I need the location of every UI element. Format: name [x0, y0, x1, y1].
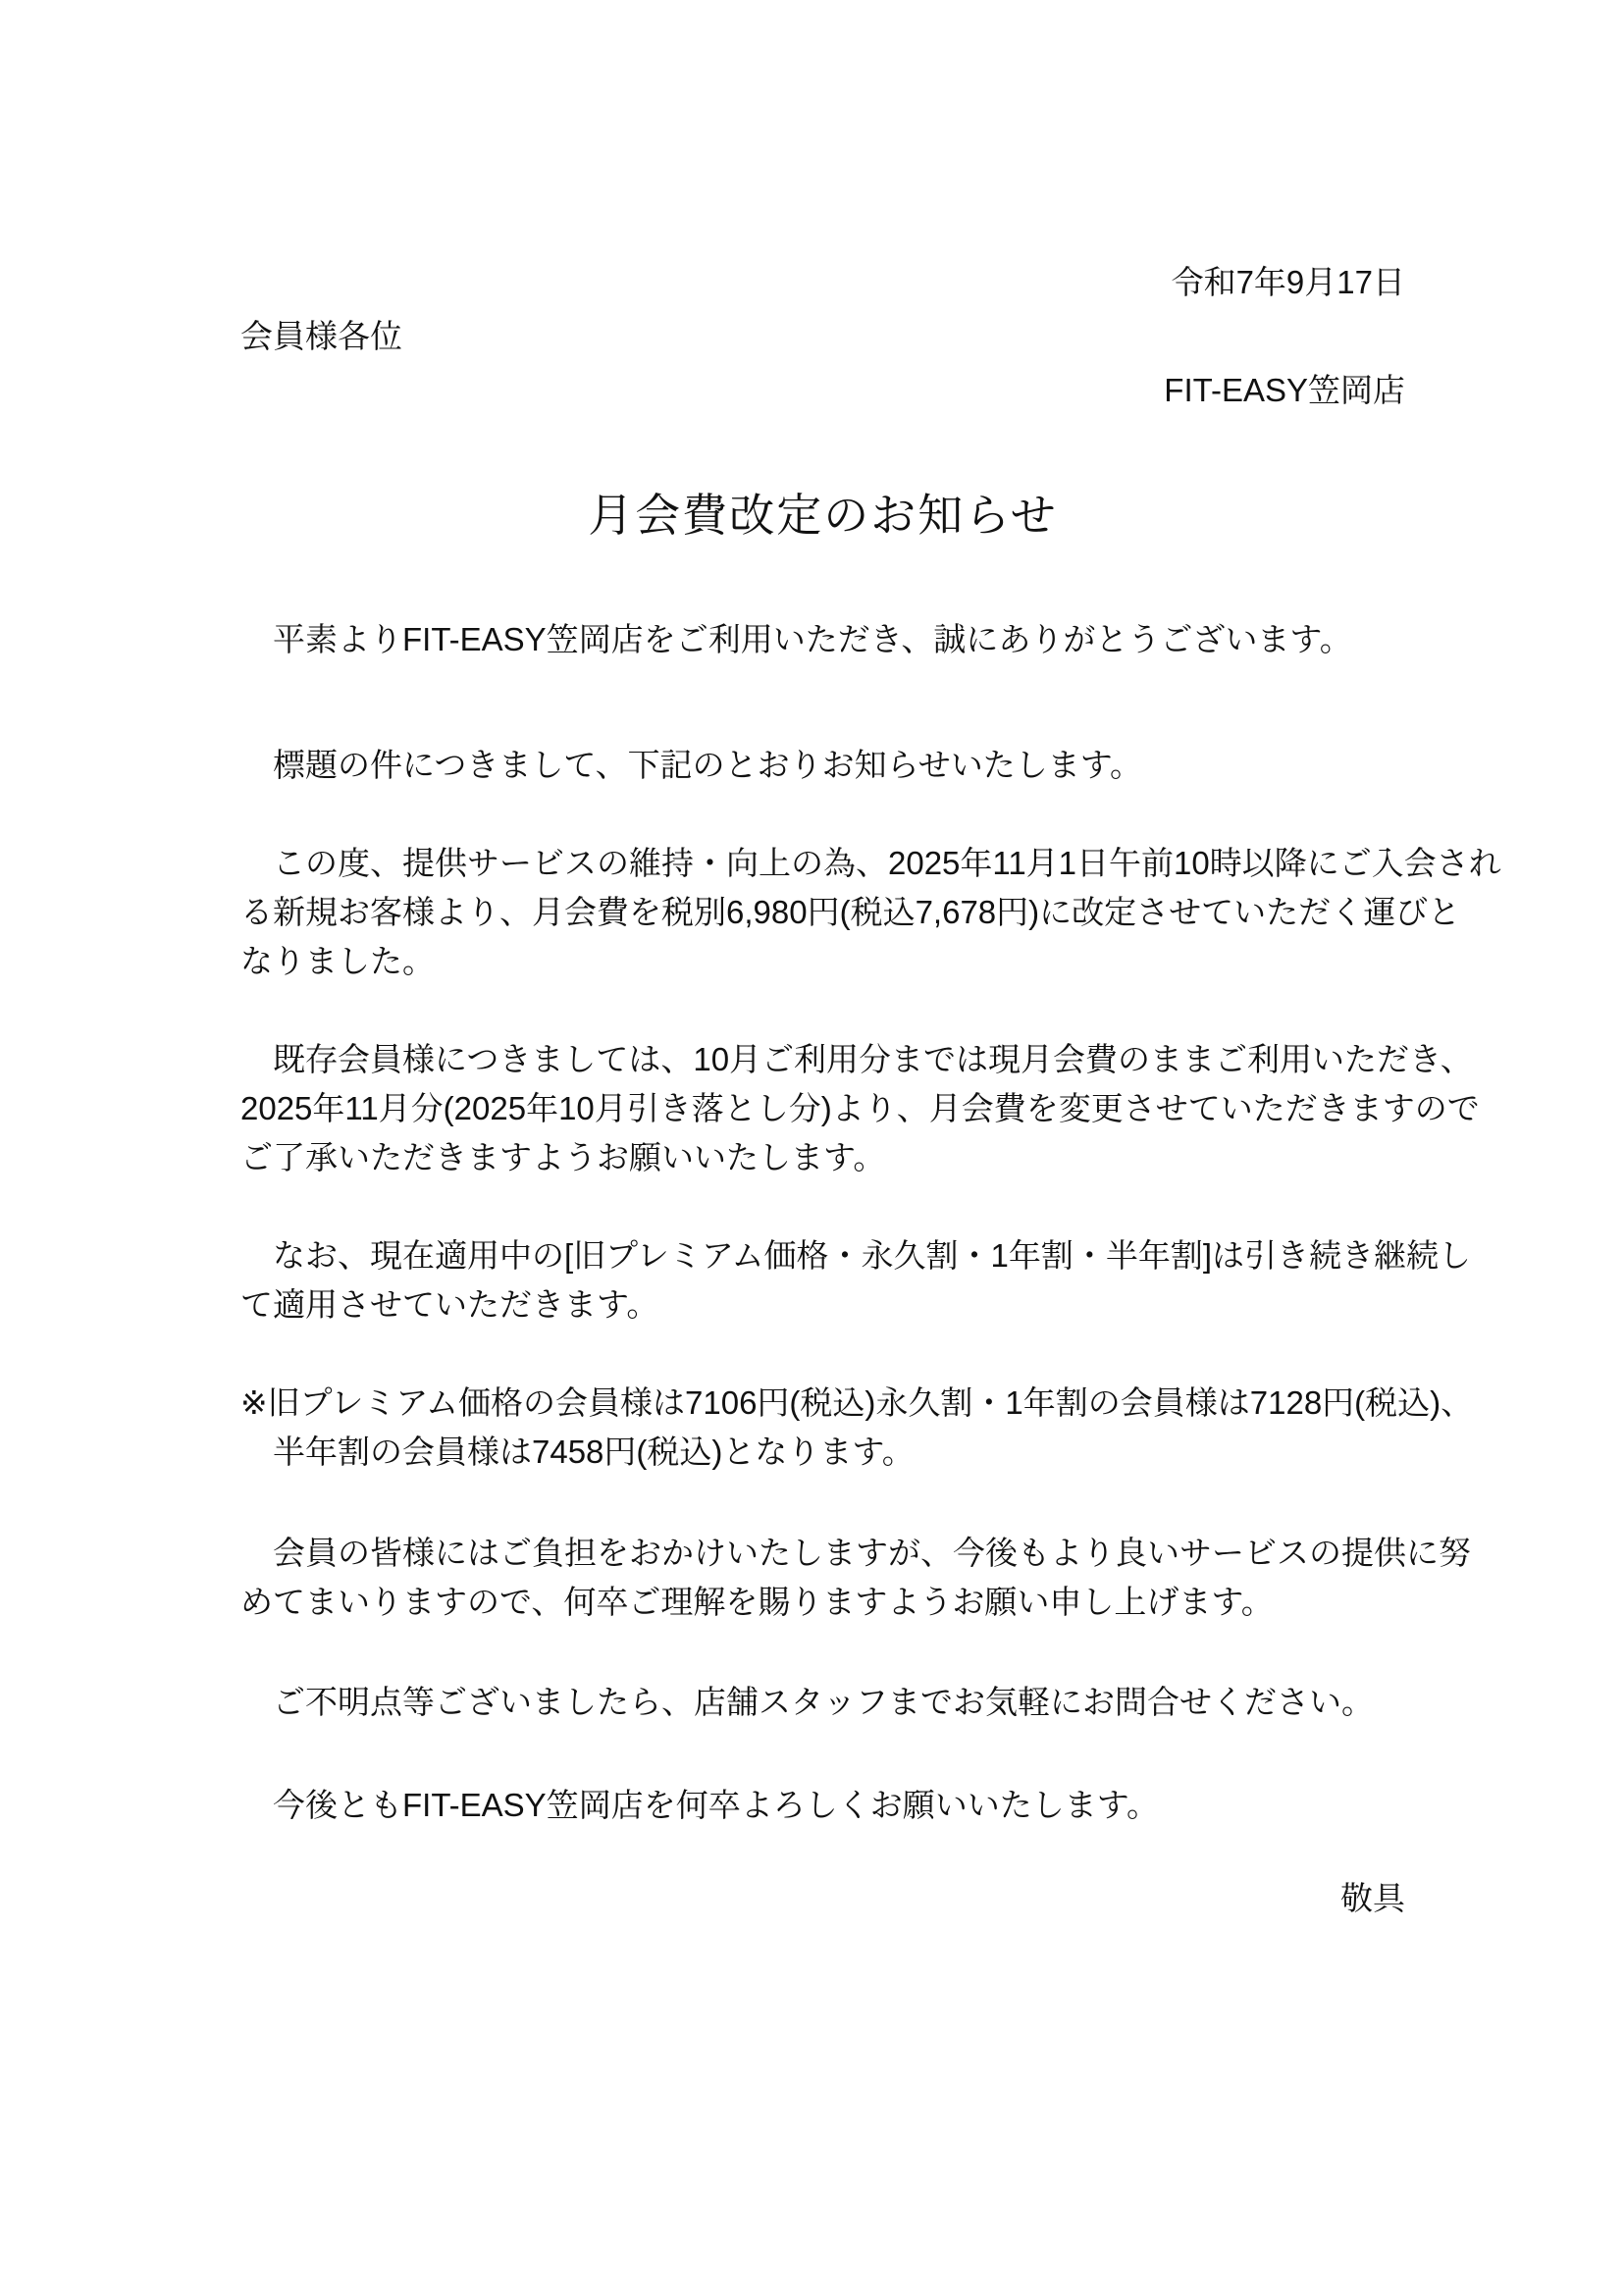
body-paragraph: この度、提供サービスの維持・向上の為、2025年11月1日午前10時以降にご入会… — [240, 839, 1405, 986]
paragraph-line: ご了承いただきますようお願いいたします。 — [240, 1133, 1405, 1182]
body-paragraph: 平素よりFIT-EASY笠岡店をご利用いただき、誠にありがとうございます。 — [240, 615, 1405, 664]
paragraph-line: 標題の件につきまして、下記のとおりお知らせいたします。 — [240, 741, 1405, 790]
paragraph-line: なりました。 — [240, 937, 1405, 986]
recipient-line: 会員様各位 — [240, 309, 1405, 363]
document-content: 令和7年9月17日 会員様各位 FIT-EASY笠岡店 月会費改定のお知らせ 平… — [0, 0, 1624, 2295]
document-page: 令和7年9月17日 会員様各位 FIT-EASY笠岡店 月会費改定のお知らせ 平… — [0, 0, 1624, 2295]
paragraph-line: て適用させていただきます。 — [240, 1280, 1405, 1330]
paragraph-line: 会員の皆様にはご負担をおかけいたしますが、今後もより良いサービスの提供に努 — [240, 1529, 1405, 1578]
body-paragraph: 会員の皆様にはご負担をおかけいたしますが、今後もより良いサービスの提供に努 めて… — [240, 1529, 1405, 1627]
paragraph-line: 今後ともFIT-EASY笠岡店を何卒よろしくお願いいたします。 — [240, 1781, 1405, 1830]
paragraph-line: この度、提供サービスの維持・向上の為、2025年11月1日午前10時以降にご入会… — [240, 839, 1405, 888]
body-paragraph: 既存会員様につきましては、10月ご利用分までは現月会費のままご利用いただき、 2… — [240, 1035, 1405, 1182]
body-paragraph: ご不明点等ございましたら、店舗スタッフまでお気軽にお問合せください。 — [240, 1678, 1405, 1727]
body-paragraph-note: ※旧プレミアム価格の会員様は7106円(税込)永久割・1年割の会員様は7128円… — [240, 1379, 1405, 1477]
closing-line: 敬具 — [240, 1874, 1405, 1923]
paragraph-line: 半年割の会員様は7458円(税込)となります。 — [240, 1428, 1405, 1477]
paragraph-line: ※旧プレミアム価格の会員様は7106円(税込)永久割・1年割の会員様は7128円… — [240, 1379, 1405, 1428]
paragraph-line: 既存会員様につきましては、10月ご利用分までは現月会費のままご利用いただき、 — [240, 1035, 1405, 1084]
paragraph-line: めてまいりますので、何卒ご理解を賜りますようお願い申し上げます。 — [240, 1578, 1405, 1627]
body-paragraph: 標題の件につきまして、下記のとおりお知らせいたします。 — [240, 741, 1405, 790]
paragraph-line: る新規お客様より、月会費を税別6,980円(税込7,678円)に改定させていただ… — [240, 888, 1405, 937]
document-title: 月会費改定のお知らせ — [240, 486, 1405, 545]
paragraph-line: ご不明点等ございましたら、店舗スタッフまでお気軽にお問合せください。 — [240, 1678, 1405, 1727]
body-paragraph: 今後ともFIT-EASY笠岡店を何卒よろしくお願いいたします。 — [240, 1781, 1405, 1830]
paragraph-line: 平素よりFIT-EASY笠岡店をご利用いただき、誠にありがとうございます。 — [240, 615, 1405, 664]
sender-line: FIT-EASY笠岡店 — [240, 363, 1405, 417]
date-line: 令和7年9月17日 — [240, 255, 1405, 309]
paragraph-line: 2025年11月分(2025年10月引き落とし分)より、月会費を変更させていただ… — [240, 1084, 1405, 1133]
body-paragraph: なお、現在適用中の[旧プレミアム価格・永久割・1年割・半年割]は引き続き継続し … — [240, 1231, 1405, 1330]
paragraph-line: なお、現在適用中の[旧プレミアム価格・永久割・1年割・半年割]は引き続き継続し — [240, 1231, 1405, 1280]
